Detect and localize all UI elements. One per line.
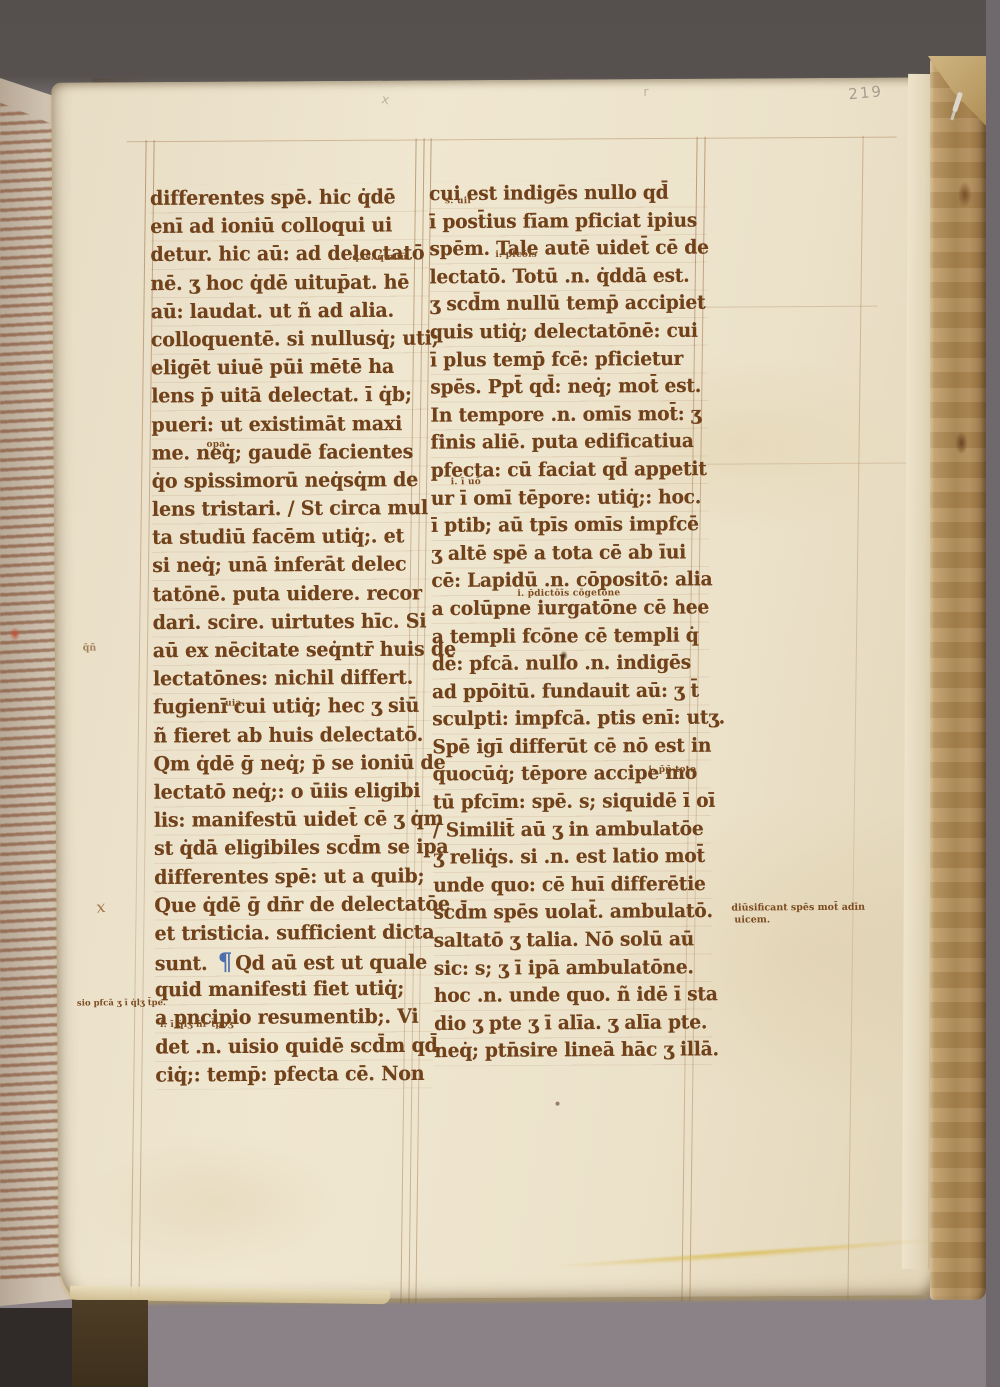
text-line: tatōnē. puta uidere. recor [152, 579, 430, 609]
text-line: lectatō neq̇;: o ūiis eligibi [154, 777, 432, 807]
text-line: sculpti: impfcā. ptis enī: utʒ. [432, 705, 710, 734]
text-line: tū pfcīm: spē. s; siquidē ī oī [433, 788, 711, 817]
text-line: ī post̄ius fīam pficiat ipius [429, 207, 707, 236]
interlinear-gloss: q̇. s. q̇mūū [352, 253, 407, 263]
text-column-1: differentes spē. hic q̇dē enī ad ioniū c… [150, 183, 434, 1089]
text-fragment: Qd aū est ut quale [235, 951, 427, 975]
text-line: Qm q̇dē ḡ neq̇; p̄ se ioniū de [153, 749, 431, 779]
text-line: ñ fieret ab huis delectatō. [153, 721, 431, 751]
margin-x-mark: x [95, 897, 107, 917]
text-line: aū: laudat. ut ñ ad alia. [151, 297, 429, 327]
text-line: sic: s; ʒ ī ipā ambulatōne. [434, 954, 712, 983]
text-line: st q̇dā eligibiles scd̄m se ipa [154, 834, 432, 864]
margin-note-right: uicem. [734, 914, 770, 925]
ruling-line [698, 306, 878, 308]
text-line: dio ʒ pte ʒ ī alīa. ʒ alīa pte. [434, 1009, 712, 1038]
text-line: a colūpne iurgatōne cē hee [431, 595, 709, 624]
interlinear-gloss: i. p̄p̄ toto [648, 765, 696, 775]
text-line: / Similit̄ aū ʒ in ambulatōe [433, 816, 711, 845]
margin-note-left-long: sio pfcā ʒ ī q̇lʒ t̄pe. [77, 998, 166, 1010]
text-line: unde quo: cē huī differētie [433, 871, 711, 900]
margin-note-left: q̄ñ [83, 642, 97, 653]
pencil-r-mark: r [643, 85, 648, 100]
text-line: enī ad ioniū colloqui ui [150, 212, 428, 242]
folio-number: 219 [848, 82, 884, 103]
ink-blot [560, 651, 568, 661]
text-line: lectatō. Totū .n. q̇ddā est. [429, 263, 707, 292]
manuscript-page: 219 x r differentes spē. hic q̇dē enī ad… [51, 77, 940, 1300]
text-line: quis utiq̇; delectatōnē: cui [430, 318, 708, 347]
book-support [72, 1300, 148, 1387]
text-line: lens tristari. / St circa mul [152, 494, 430, 524]
text-line: Que q̇dē ḡ dn̄r de delectatōe [154, 890, 432, 920]
interlinear-gloss: uia [225, 699, 241, 709]
text-line: lectatōnes: nichil differt. [153, 664, 431, 694]
text-line: q̇o spissimorū neq̇sq̇m de [152, 466, 430, 496]
text-line: ī plus temp̄ fcē: pficietur [430, 346, 708, 375]
facing-page-red-initial [9, 626, 21, 642]
text-line: ʒ reliq̇s. si .n. est latio mot̄ [433, 843, 711, 872]
interlinear-gloss: s. uir [445, 196, 472, 206]
text-line: eligēt uiuē pūi mētē ha [151, 353, 429, 383]
manuscript-photo: 219 x r differentes spē. hic q̇dē enī ad… [0, 0, 1000, 1387]
text-line: hoc .n. unde quo. ñ idē ī sta [434, 982, 712, 1011]
text-line: ʒ altē spē a tota cē ab īui [431, 539, 709, 568]
text-line: spēs. Ppt̄ qd̄: neq̇; mot̄ est. [430, 373, 708, 402]
ruling-line [847, 136, 863, 1301]
ruling-line [699, 462, 934, 464]
interlinear-gloss: opa [206, 440, 225, 450]
text-line: me. neq̇; gaudē facientes [151, 438, 429, 468]
text-line: dari. scire. uirtutes hīc. Si [153, 608, 431, 638]
text-line: fugienī cui utiq̇; hec ʒ siū [153, 692, 431, 722]
text-line: lis: manifestū uidet̄ cē ʒ q̇m [154, 805, 432, 835]
interlinear-gloss: i. pfcōis [495, 250, 537, 260]
text-line: ʒ scd̄m nullū temp̄ accipiet [430, 290, 708, 319]
text-line: colloquentē. si nullusq̇; uti; [151, 325, 429, 355]
text-line: In tempore .n. omīs mot̄: ʒ [430, 401, 708, 430]
text-line: finis aliē. puta edificatiua [430, 429, 708, 458]
ruling-line [127, 137, 897, 143]
text-line-with-paraph: sunt. ¶Qd aū est ut quale [155, 947, 433, 977]
margin-note-right: diūsificant spēs mot̄ adīn [731, 902, 865, 914]
pencil-x-mark: x [380, 92, 391, 108]
text-line: neq̇; ptn̄sire lineā hāc ʒ illā. [434, 1037, 712, 1066]
text-line: ur ī omī tēpore: utiq̇;: hoc. [431, 484, 709, 513]
text-line: differentes spē: ut a quib; [154, 862, 432, 892]
text-line: et tristicia. sufficient dicta [154, 919, 432, 949]
interlinear-gloss: i. ī uō [451, 477, 481, 487]
text-line: det .n. uisio quidē scd̄m qd̄ [155, 1032, 433, 1062]
text-line: ta studiū facēm utiq̇;. et [152, 523, 430, 553]
text-line: ī ptib; aū tpīs omīs impfcē [431, 512, 709, 541]
text-column-2: cui est indigēs nullo qd̄ ī post̄ius fīa… [429, 180, 712, 1067]
text-line: differentes spē. hic q̇dē [150, 183, 428, 213]
table-shadow [0, 1308, 74, 1387]
text-line: quid manifesti fiet utiq̇; [155, 975, 433, 1005]
text-fragment: sunt. [155, 952, 214, 975]
text-line: pueri: ut existimāt maxi [151, 410, 429, 440]
text-line: ciq̇;: temp̄: pfecta cē. Non [155, 1060, 433, 1090]
interlinear-gloss: i. ī q̇lʒ n̄r t̄poʒ [160, 1020, 233, 1030]
text-line: nē. ʒ hoc q̇dē uitup̄at. hē [150, 268, 428, 298]
text-line: a templi fcōne cē templi q̇ [432, 622, 710, 651]
blue-paraph-mark: ¶ [218, 948, 233, 976]
ruling-line [130, 140, 146, 1305]
text-line: si neq̇; unā inferāt delec [152, 551, 430, 581]
text-line: saltatō ʒ talia. Nō solū aū [433, 926, 711, 955]
text-line: ad ppōitū. fundauit aū: ʒ t̄ [432, 678, 710, 707]
text-line: scd̄m spēs uolat̄. ambulatō. [433, 899, 711, 928]
text-line: lens p̄ uitā delectat. ī q̇b; [151, 381, 429, 411]
background-right [986, 0, 1000, 1387]
binding-fore-edge [930, 58, 986, 1300]
ink-speck [556, 1102, 560, 1106]
text-line: Spē igī differūt cē nō est in [432, 733, 710, 762]
interlinear-gloss: i. p̄dictōīs cōgetōne [517, 588, 620, 599]
text-line: spēm. Tale autē uidet̄ cē de [429, 235, 707, 264]
text-line: aū ex nēcitate seq̇ntr̄ huis de [153, 636, 431, 666]
text-line: dē: pfcā. nullo .n. indigēs [432, 650, 710, 679]
